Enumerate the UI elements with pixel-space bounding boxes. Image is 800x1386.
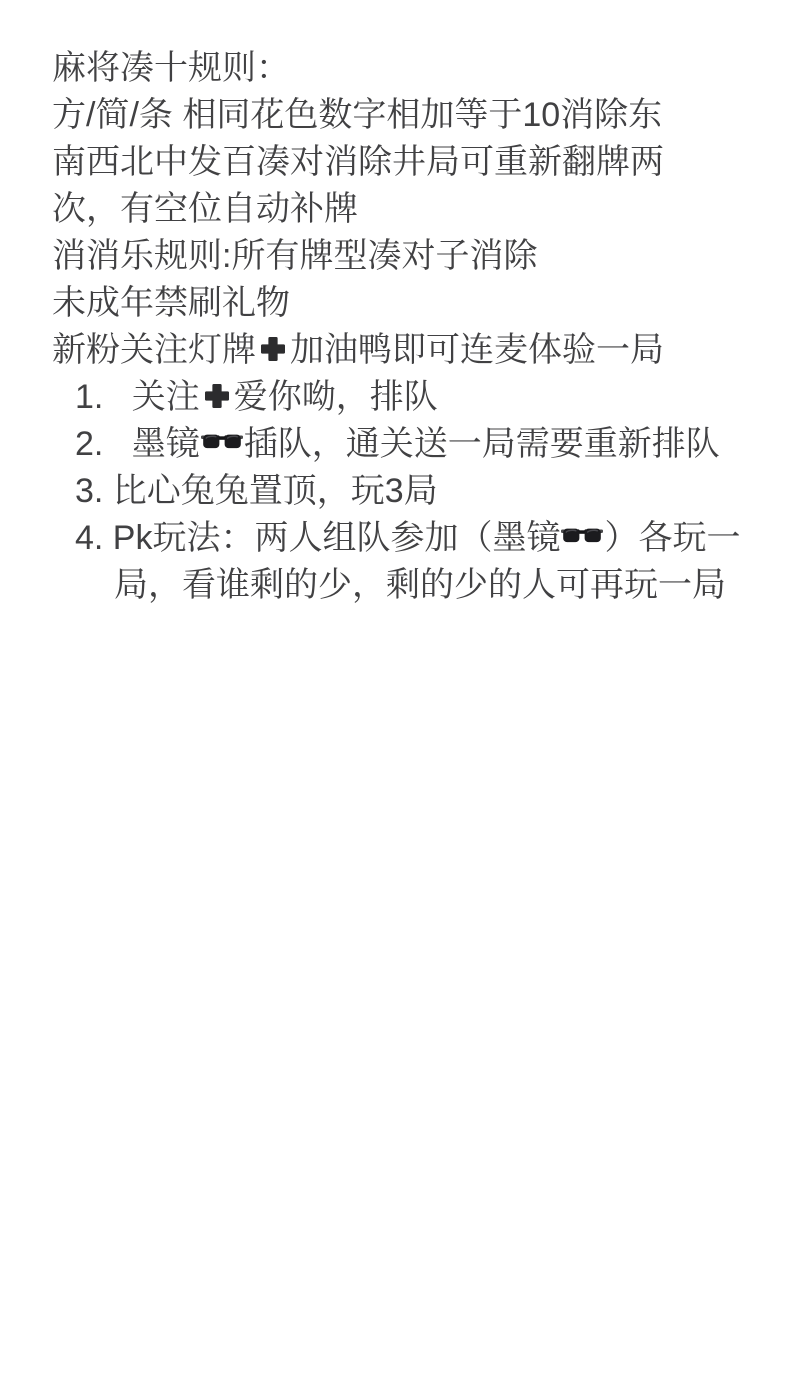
rule-line: 未成年禁刷礼物: [52, 280, 772, 327]
text-segment: 方/简/条 相同花色数字相加等于10消除东: [52, 96, 662, 134]
document-lines: 麻将凑十规则：方/简/条 相同花色数字相加等于10消除东南西北中发百凑对消除井局…: [52, 45, 772, 609]
text-segment: 麻将凑十规则：: [52, 49, 290, 87]
list-item-3: 3. 比心兔兔置顶，玩3局: [52, 468, 772, 515]
sunglasses-icon: [200, 431, 244, 461]
sunglasses-icon: [560, 525, 604, 555]
text-segment: 3. 比心兔兔置顶，玩3局: [75, 472, 438, 510]
text-segment: ）各玩一: [604, 519, 740, 557]
text-segment: 1. 关注: [75, 378, 200, 416]
text-segment: 局，看谁剩的少，剩的少的人可再玩一局: [114, 566, 726, 604]
rule-line: 消消乐规则:所有牌型凑对子消除: [52, 233, 772, 280]
text-segment: 插队，通关送一局需要重新排队: [244, 425, 720, 463]
list-item-1: 1. 关注爱你呦，排队: [52, 374, 772, 421]
plus-icon: [200, 381, 234, 417]
text-segment: 加油鸭即可连麦体验一局: [290, 331, 664, 369]
rule-line: 南西北中发百凑对消除井局可重新翻牌两: [52, 139, 772, 186]
note-document: 麻将凑十规则：方/简/条 相同花色数字相加等于10消除东南西北中发百凑对消除井局…: [0, 0, 800, 1386]
rules-title-line: 麻将凑十规则：: [52, 45, 772, 92]
rule-line: 新粉关注灯牌加油鸭即可连麦体验一局: [52, 327, 772, 374]
text-segment: 4. Pk玩法：两人组队参加（墨镜: [75, 519, 560, 557]
text-segment: 未成年禁刷礼物: [52, 284, 290, 322]
plus-icon: [256, 334, 290, 370]
text-segment: 消消乐规则:所有牌型凑对子消除: [52, 237, 537, 275]
text-segment: 新粉关注灯牌: [52, 331, 256, 369]
rule-line: 次，有空位自动补牌: [52, 186, 772, 233]
text-segment: 2. 墨镜: [75, 425, 200, 463]
text-segment: 南西北中发百凑对消除井局可重新翻牌两: [52, 143, 664, 181]
text-segment: 爱你呦，排队: [234, 378, 438, 416]
text-segment: 次，有空位自动补牌: [52, 190, 358, 228]
list-item-2: 2. 墨镜插队，通关送一局需要重新排队: [52, 421, 772, 468]
list-item-4-continuation: 局，看谁剩的少，剩的少的人可再玩一局: [52, 562, 772, 609]
rule-line: 方/简/条 相同花色数字相加等于10消除东: [52, 92, 772, 139]
list-item-4: 4. Pk玩法：两人组队参加（墨镜）各玩一: [52, 515, 772, 562]
